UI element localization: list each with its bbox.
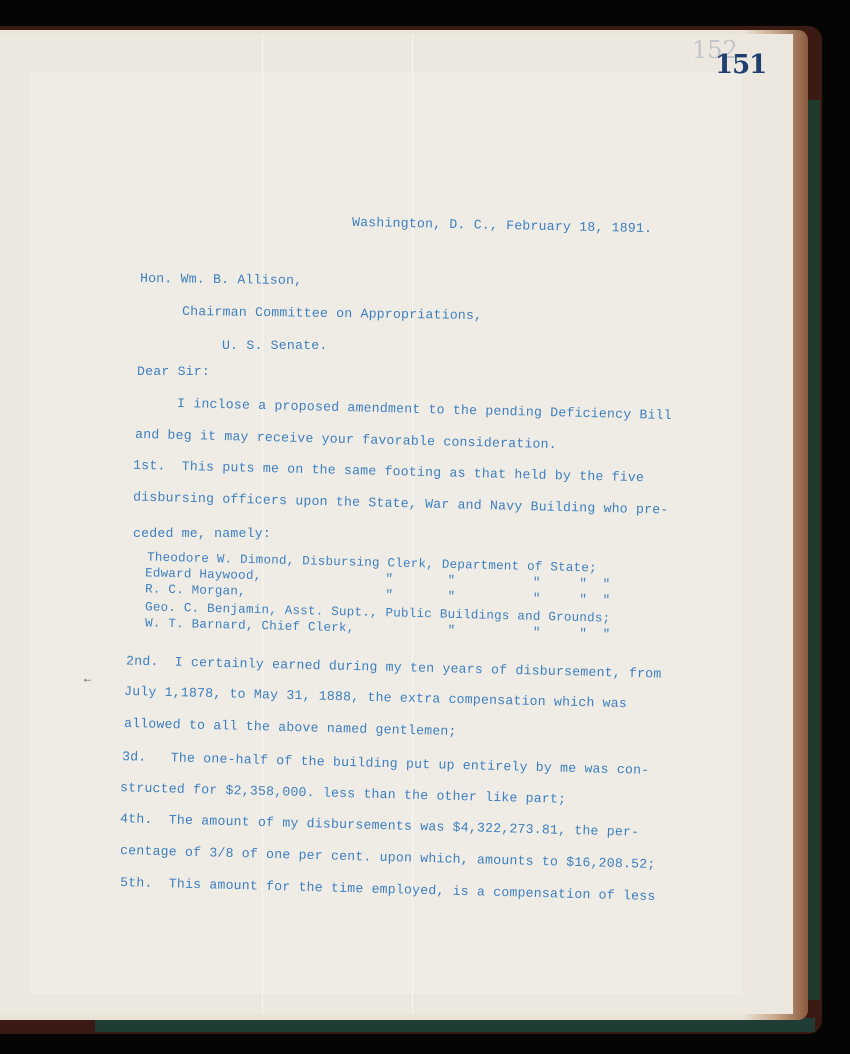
folio-number: 151 [715, 50, 766, 80]
margin-mark: ← [84, 672, 91, 686]
salutation: Dear Sir: [137, 364, 210, 379]
paragraph-line: ceded me, namely: [133, 526, 271, 541]
paper-crease [262, 34, 263, 1014]
addressee-name: Hon. Wm. B. Allison, [140, 271, 302, 288]
addressee-body: U. S. Senate. [222, 338, 327, 353]
cover-cloth-bottom [95, 1018, 815, 1032]
paper-crease [412, 34, 413, 1014]
